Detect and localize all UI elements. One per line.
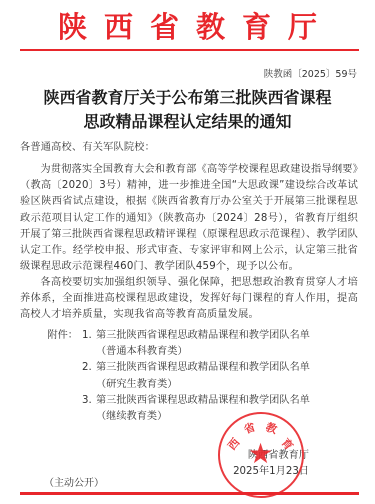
body-paragraph-1: 为贯彻落实全国教育大会和教育部《高等学校课程思政建设指导纲要》（教高〔2020〕…: [20, 162, 358, 275]
seal-char: 育: [278, 435, 297, 454]
seal-char: 省: [242, 419, 258, 438]
attachment-title: 第三批陕西省课程思政精品课程和教学团队名单: [96, 328, 360, 344]
attachment-number: 1.: [82, 328, 96, 344]
attachment-number: 2.: [82, 360, 96, 376]
attachment-title: 第三批陕西省课程思政精品课程和教学团队名单: [96, 393, 360, 409]
body-paragraph-2: 各高校要切实加强组织领导、强化保障，把思想政治教育贯穿人才培养体系，全面推进高校…: [20, 275, 358, 324]
masthead-title: 陕西省教育厅: [0, 5, 375, 46]
document-number: 陕教函〔2025〕59号: [264, 66, 357, 80]
seal-star-icon: ★: [248, 440, 273, 468]
seal-char: 教: [264, 419, 280, 438]
masthead-divider: [20, 49, 359, 51]
attachment-item-3: 3. 第三批陕西省课程思政精品课程和教学团队名单: [20, 393, 360, 409]
salutation: 各普通高校、有关军队院校：: [20, 140, 358, 156]
attachment-item-1: 附件： 1. 第三批陕西省课程思政精品课程和教学团队名单: [20, 328, 360, 344]
attachments-list: 附件： 1. 第三批陕西省课程思政精品课程和教学团队名单 （普通本科教育类） 2…: [20, 328, 360, 425]
attachments-label: 附件：: [20, 328, 82, 344]
official-seal: ★ 西 省 教 育: [218, 412, 304, 498]
attachment-title: 第三批陕西省课程思政精品课程和教学团队名单: [96, 360, 360, 376]
seal-char: 西: [224, 435, 243, 454]
notice-title: 陕西省教育厅关于公布第三批陕西省课程 思政精品课程认定结果的通知: [0, 86, 375, 134]
attachment-category: （继续教育类）: [82, 409, 360, 425]
attachment-item-2: 2. 第三批陕西省课程思政精品课程和教学团队名单: [20, 360, 360, 376]
attachment-category: （研究生教育类）: [82, 377, 360, 393]
footer-divider: [20, 492, 359, 495]
attachment-category: （普通本科教育类）: [82, 344, 360, 360]
notice-title-line-1: 陕西省教育厅关于公布第三批陕西省课程: [0, 86, 375, 110]
disclosure-note: （主动公开）: [44, 474, 104, 489]
attachment-number: 3.: [82, 393, 96, 409]
notice-title-line-2: 思政精品课程认定结果的通知: [0, 110, 375, 134]
